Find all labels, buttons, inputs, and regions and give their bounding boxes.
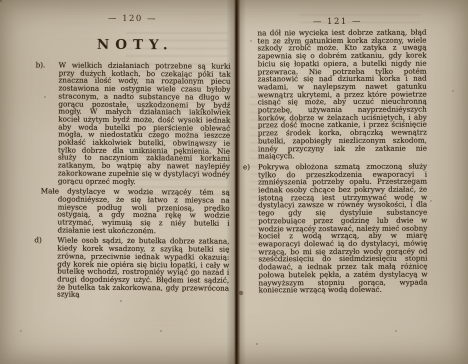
notes-heading: NOTY. [34,36,231,53]
note-text-e: Pokrywa obłożona szmatą zmoczoną służy t… [258,163,428,295]
note-item-e: e) Pokrywa obłożona szmatą zmoczoną służ… [249,163,428,295]
left-page-number: — 120 — [34,13,231,24]
right-page-number: — 121 — [248,17,426,28]
left-page: — 120 — NOTY. b). W wielkich działaniach… [32,13,231,302]
book-spread: — 120 — NOTY. b). W wielkich działaniach… [0,0,468,364]
note-item-unlabeled: Małe dystylacye w wodzie wrzącéy tém są … [32,188,229,236]
note-item-d: d) Wiele osob sądzi, że butelka dobrze z… [32,237,229,300]
note-label-d: d) [34,237,41,245]
note-label-e: e) [243,163,250,171]
note-text-b: W wielkich działaniach potrzebne są kurk… [58,61,231,185]
note-text-continuation-d: na dół nie wycieka iest dobrze zatkaną, … [257,29,427,161]
note-label-b: b). [36,61,46,69]
note-continuation-d: na dół nie wycieka iest dobrze zatkaną, … [248,29,427,161]
note-text-unlabeled: Małe dystylacye w wodzie wrzącéy tém są … [57,188,229,235]
paper-specks [0,0,2,2]
note-item-b: b). W wielkich działaniach potrzebne są … [33,61,231,186]
right-page: — 121 — na dół nie wycieka iest dobrze z… [248,17,427,298]
note-text-d: Wiele osob sądzi, że butelka dobrze zatk… [57,237,229,300]
